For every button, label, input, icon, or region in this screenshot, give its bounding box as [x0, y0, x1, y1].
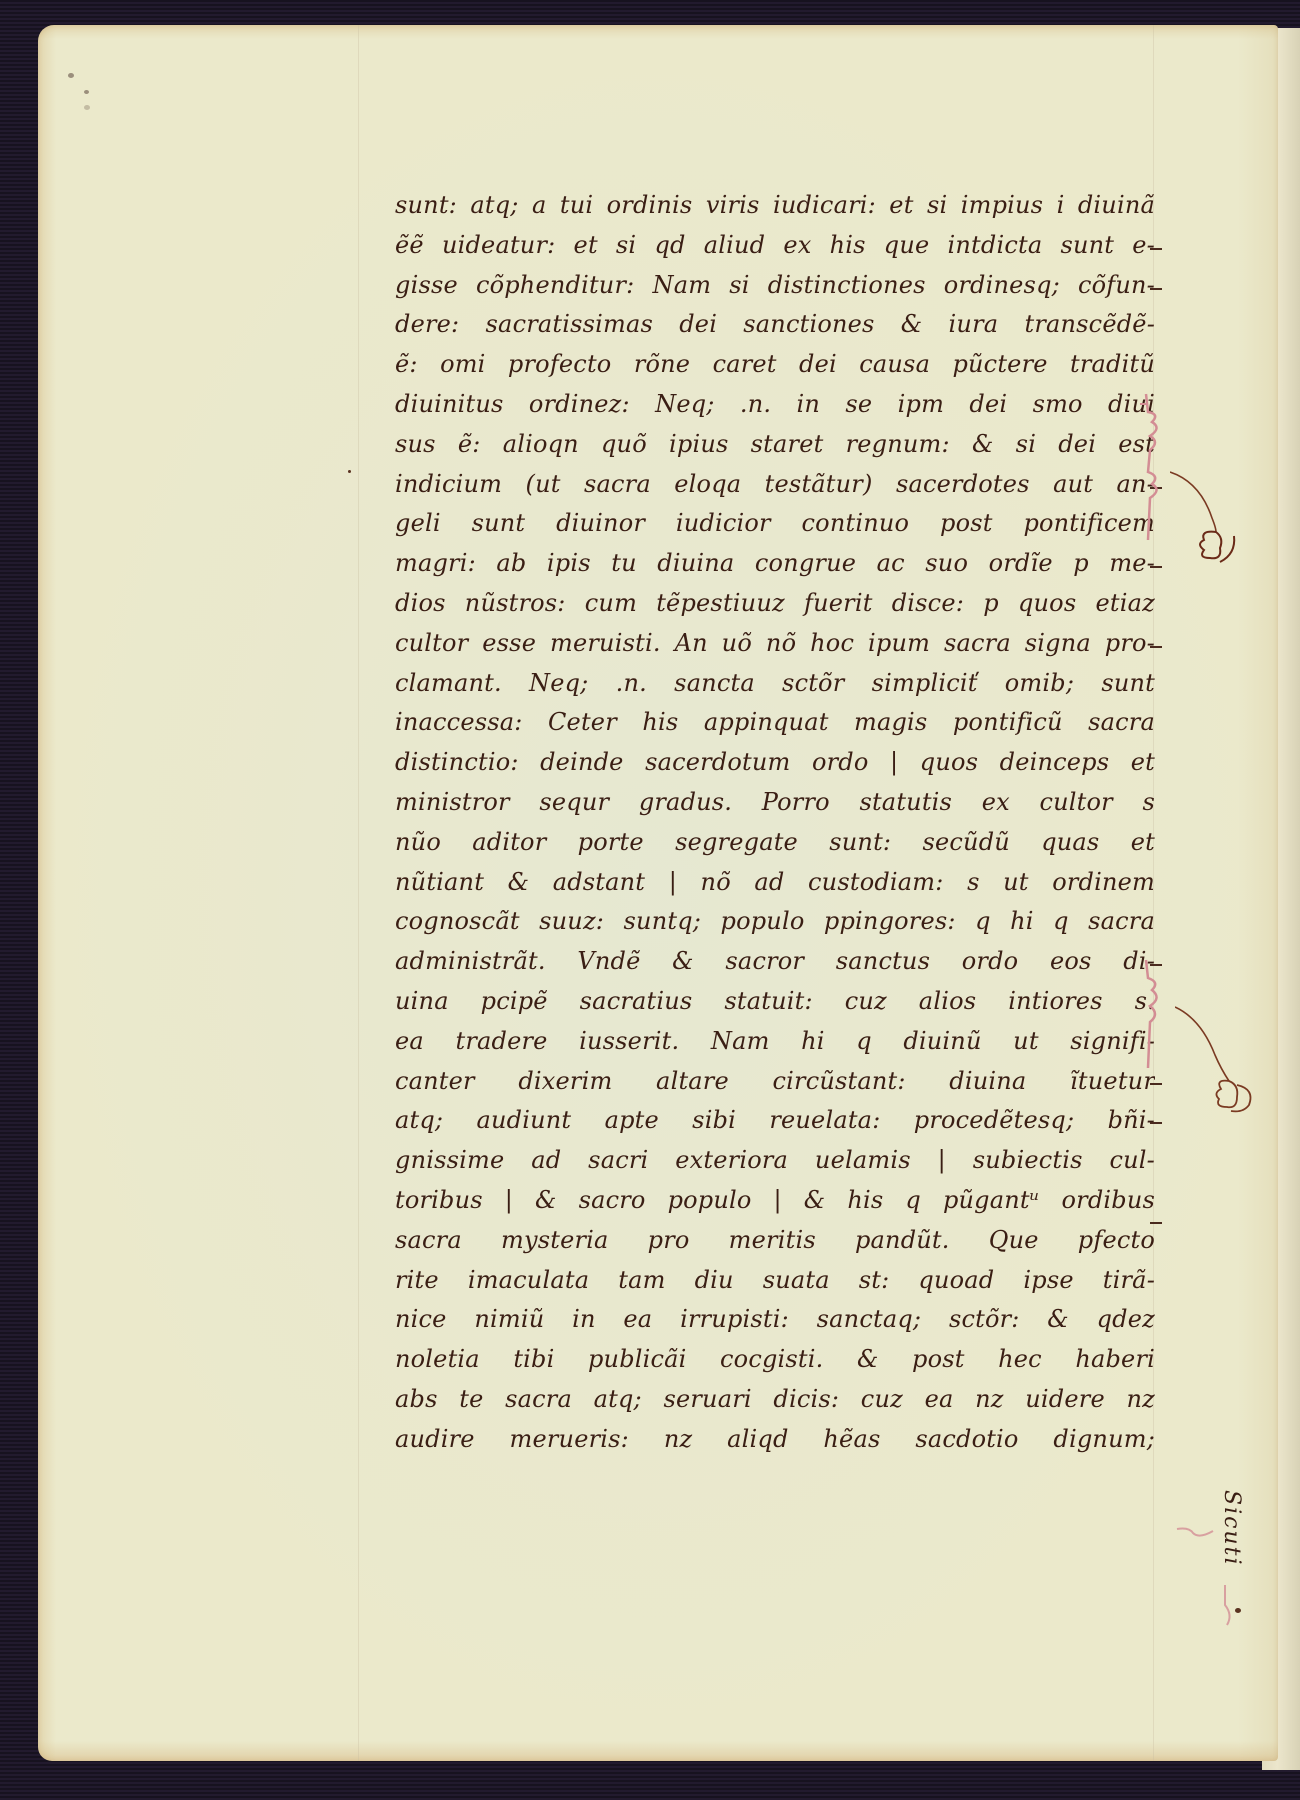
- nota-mark-icon: [1170, 470, 1250, 574]
- text-line: gisse cõphenditur: Nam si distinctiones …: [395, 266, 1155, 306]
- ink-dot: [1235, 1608, 1241, 1613]
- text-line: dere: sacratissimas dei sanctiones & iur…: [395, 305, 1155, 345]
- text-line: indicium (ut sacra eloqa testãtur) sacer…: [395, 465, 1155, 505]
- text-line: nũtiant & adstant | nõ ad custodiam: s u…: [395, 863, 1155, 903]
- line-hyphen-mark: [1150, 1122, 1162, 1124]
- red-bracket-mark: [1140, 392, 1170, 546]
- line-hyphen-mark: [1150, 248, 1162, 250]
- red-bracket-mark: [1140, 958, 1170, 1102]
- line-hyphen-mark: [1150, 646, 1162, 648]
- text-line: audire merueris: nz aliqd hẽas sacdotio …: [395, 1420, 1155, 1460]
- text-line: inaccessa: Ceter his appinquat magis pon…: [395, 703, 1155, 743]
- line-hyphen-mark: [1150, 1222, 1162, 1224]
- ink-speck: [84, 90, 89, 94]
- text-line: administrãt. Vndẽ & sacror sanctus ordo …: [395, 942, 1155, 982]
- text-line: toribus | & sacro populo | & his q pũgan…: [395, 1181, 1155, 1221]
- text-line: geli sunt diuinor iudicior continuo post…: [395, 504, 1155, 544]
- ink-speck: [84, 105, 90, 110]
- nota-mark-icon: [1175, 1005, 1255, 1119]
- text-line: ea tradere iusserit. Nam hi q diuinũ ut …: [395, 1022, 1155, 1062]
- text-line: clamant. Neq; .n. sancta sctõr simpliciť…: [395, 664, 1155, 704]
- text-line: cognoscãt suuz: suntq; populo ppingores:…: [395, 902, 1155, 942]
- ink-speck: [68, 73, 74, 78]
- text-line: distinctio: deinde sacerdotum ordo | quo…: [395, 743, 1155, 783]
- text-line: rite imaculata tam diu suata st: quoad i…: [395, 1261, 1155, 1301]
- text-line: ẽẽ uideatur: et si qd aliud ex his que i…: [395, 226, 1155, 266]
- text-line: sunt: atq; a tui ordinis viris iudicari:…: [395, 186, 1155, 226]
- text-line: dios nũstros: cum tẽpestiuuz fuerit disc…: [395, 584, 1155, 624]
- manuscript-text: sunt: atq; a tui ordinis viris iudicari:…: [395, 186, 1155, 1460]
- margin-ruling-left: [358, 25, 359, 1761]
- text-line: cultor esse meruisti. An uõ nõ hoc ipum …: [395, 624, 1155, 664]
- text-line: ẽ: omi profecto rõne caret dei causa pũc…: [395, 345, 1155, 385]
- text-line: magri: ab ipis tu diuina congrue ac suo …: [395, 544, 1155, 584]
- line-hyphen-mark: [1150, 288, 1162, 290]
- text-line: atq; audiunt apte sibi reuelata: procedẽ…: [395, 1101, 1155, 1141]
- text-line: noletia tibi publicãi cocgisti. & post h…: [395, 1340, 1155, 1380]
- text-line: gnissime ad sacri exteriora uelamis | su…: [395, 1141, 1155, 1181]
- text-line: nice nimiũ in ea irrupisti: sanctaq; sct…: [395, 1300, 1155, 1340]
- text-line: sus ẽ: alioqn quõ ipius staret regnum: &…: [395, 425, 1155, 465]
- text-line: diuinitus ordinez: Neq; .n. in se ipm de…: [395, 385, 1155, 425]
- text-line: abs te sacra atq; seruari dicis: cuz ea …: [395, 1380, 1155, 1420]
- text-line: uina pcipẽ sacratius statuit: cuz alios …: [395, 982, 1155, 1022]
- text-line: nũo aditor porte segregate sunt: secũdũ …: [395, 823, 1155, 863]
- text-line: canter dixerim altare circũstant: diuina…: [395, 1062, 1155, 1102]
- catchword: Sicuti: [1219, 1490, 1244, 1566]
- text-line: sacra mysteria pro meritis pandũt. Que p…: [395, 1221, 1155, 1261]
- text-line: ministror sequr gradus. Porro statutis e…: [395, 783, 1155, 823]
- ink-dot: [348, 470, 351, 473]
- line-hyphen-mark: [1150, 566, 1162, 568]
